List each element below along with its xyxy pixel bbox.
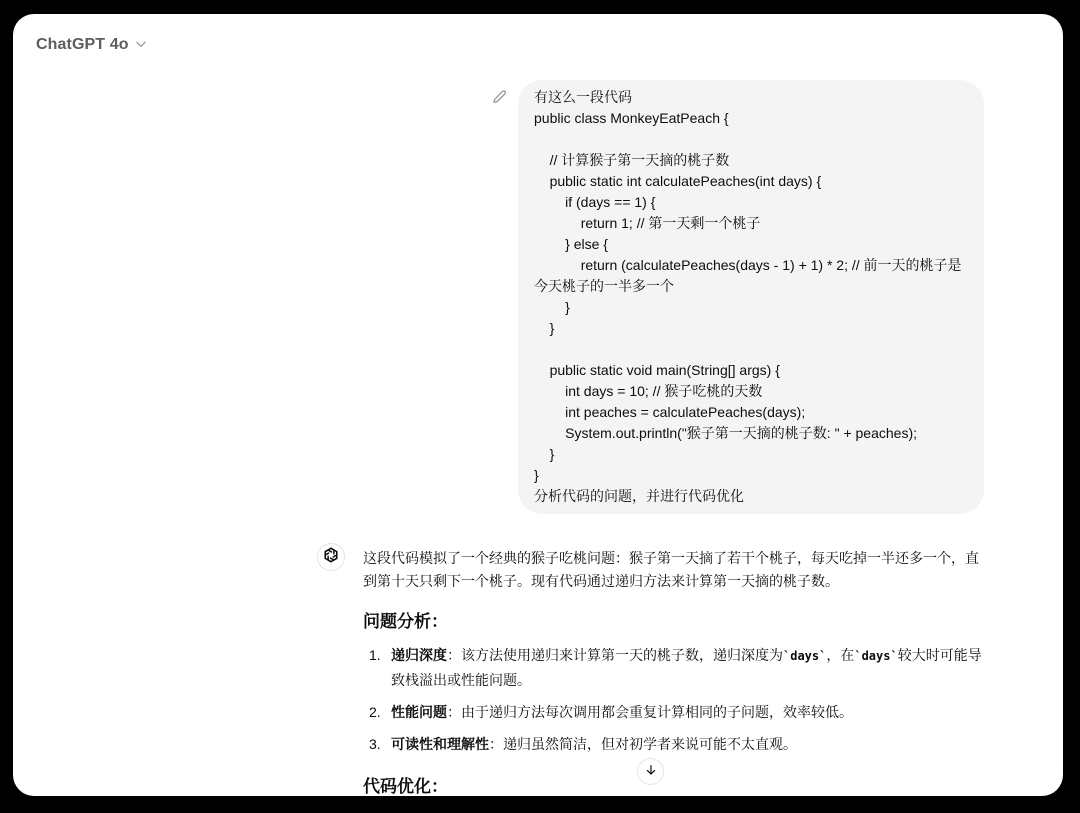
analysis-heading: 问题分析： [363, 611, 987, 633]
optimization-heading: 代码优化： [363, 776, 987, 796]
analysis-list: 1.递归深度：该方法使用递归来计算第一天的桃子数，递归深度为`days`，在`d… [363, 643, 987, 756]
chevron-down-icon [133, 34, 149, 55]
list-item-number: 1. [369, 643, 381, 667]
list-item-number: 2. [369, 700, 381, 724]
list-item: 2.性能问题：由于递归方法每次调用都会重复计算相同的子问题，效率较低。 [363, 700, 987, 724]
model-selector[interactable]: ChatGPT 4o [36, 34, 149, 55]
pencil-icon [491, 88, 508, 108]
list-item-text: ：该方法使用递归来计算第一天的桃子数，递归深度为 [447, 647, 783, 663]
list-item-label: 可读性和理解性 [391, 736, 489, 752]
arrow-down-icon [644, 763, 658, 780]
model-label: ChatGPT 4o [36, 36, 129, 54]
list-item-label: 递归深度 [391, 647, 447, 663]
user-message-text: 有这么一段代码 public class MonkeyEatPeach { //… [534, 87, 968, 507]
scroll-to-bottom-button[interactable] [637, 758, 664, 785]
list-item-text: ，在 [826, 647, 854, 663]
openai-logo-icon [322, 546, 340, 569]
assistant-avatar [317, 543, 345, 571]
assistant-intro-paragraph: 这段代码模拟了一个经典的猴子吃桃问题：猴子第一天摘了若干个桃子，每天吃掉一半还多… [363, 547, 987, 593]
chatgpt-window: ChatGPT 4o 有这么一段代码 public class MonkeyEa… [13, 14, 1063, 796]
list-item: 1.递归深度：该方法使用递归来计算第一天的桃子数，递归深度为`days`，在`d… [363, 643, 987, 692]
inline-code: `days` [783, 649, 826, 663]
inline-code: `days` [854, 649, 897, 663]
list-item-label: 性能问题 [391, 704, 447, 720]
user-message-bubble: 有这么一段代码 public class MonkeyEatPeach { //… [518, 80, 984, 514]
list-item-text: ：由于递归方法每次调用都会重复计算相同的子问题，效率较低。 [447, 704, 853, 720]
list-item-text: ：递归虽然简洁，但对初学者来说可能不太直观。 [489, 736, 797, 752]
edit-message-button[interactable] [488, 87, 510, 109]
assistant-response: 这段代码模拟了一个经典的猴子吃桃问题：猴子第一天摘了若干个桃子，每天吃掉一半还多… [363, 547, 987, 796]
list-item: 3.可读性和理解性：递归虽然简洁，但对初学者来说可能不太直观。 [363, 732, 987, 756]
list-item-number: 3. [369, 732, 381, 756]
